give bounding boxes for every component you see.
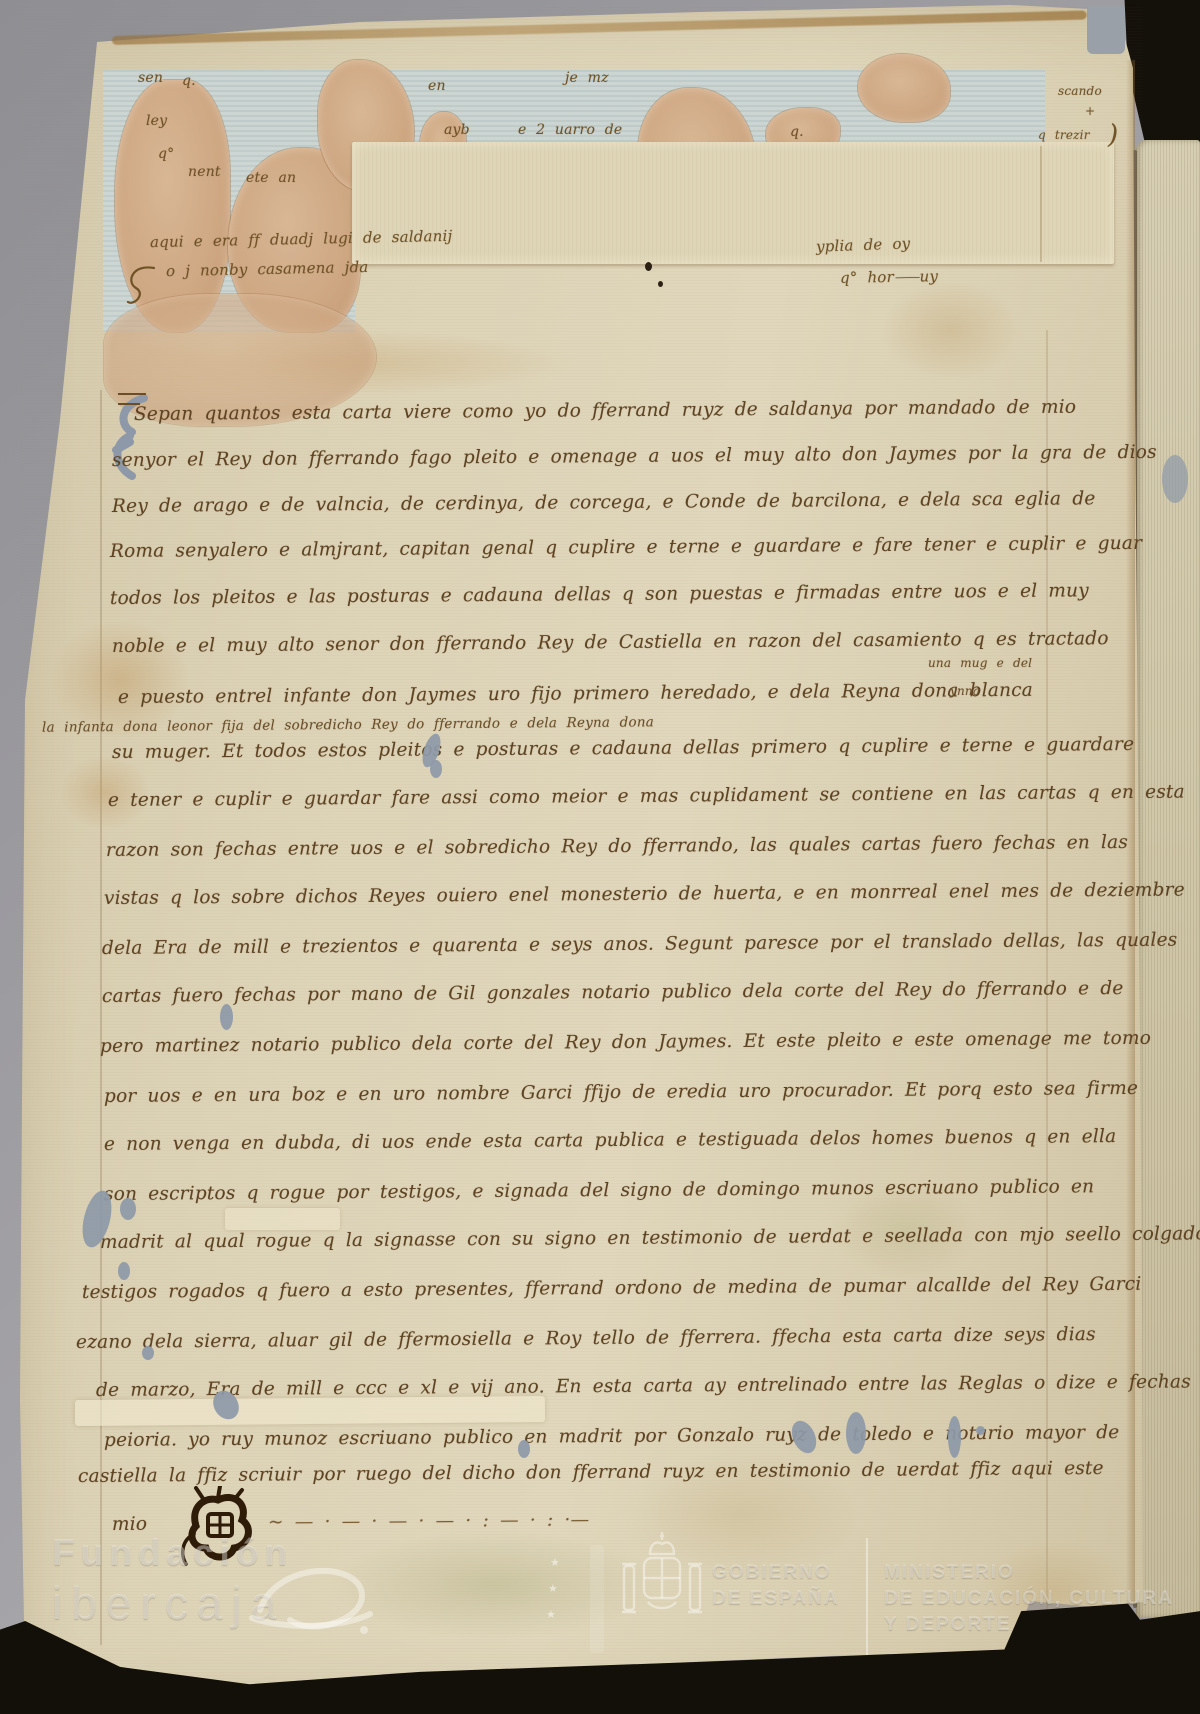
- archival-note: q° hor⸺uy: [840, 265, 938, 288]
- fragment-text: e 2 uarro de: [518, 122, 622, 138]
- repair-tape: [225, 1208, 340, 1230]
- document-left-edge: [100, 390, 102, 1645]
- fragment-text: scando: [1058, 84, 1102, 98]
- photograph-of-manuscript: sen q. ley q° nent ete an en je mz ayb e…: [0, 0, 1200, 1714]
- gobierno-line1: GOBIERNO: [712, 1560, 839, 1586]
- sign-line-filler: ~ — · — · — · — · : — · : ·—: [268, 1509, 589, 1533]
- note-flourish: [124, 262, 164, 308]
- watermark-bar: [590, 1545, 604, 1653]
- gobierno-line2: DE ESPAÑA: [712, 1586, 839, 1612]
- fragment-text: q°: [158, 146, 174, 162]
- fragment-text: +: [1085, 104, 1095, 118]
- patch-seam: [1040, 146, 1042, 262]
- margin-note: una mug e del: [928, 656, 1032, 670]
- fragment-text: ley: [146, 113, 167, 129]
- fragment-text: q.: [790, 124, 804, 140]
- top-notch: [1087, 6, 1125, 54]
- retouch-blob: [976, 1426, 985, 1435]
- watermark-star: ★: [548, 1582, 558, 1595]
- fragment-text: nent: [188, 164, 221, 180]
- ink-dot: [645, 262, 652, 271]
- archival-note: yplia de oy: [816, 234, 911, 255]
- retouch-blob: [846, 1412, 866, 1454]
- margin-note: ynna: [950, 684, 980, 698]
- fragment-text: ayb: [444, 122, 470, 138]
- retouch-blob: [518, 1440, 530, 1458]
- fragment-text: ): [1108, 120, 1118, 150]
- retouch-blob: [1162, 455, 1188, 503]
- watermark-star: ★: [546, 1608, 556, 1621]
- retouch-blob: [430, 760, 442, 778]
- gobierno-watermark: GOBIERNO DE ESPAÑA: [712, 1560, 839, 1612]
- stain: [880, 280, 1020, 380]
- repair-patch: [352, 142, 1114, 264]
- fragment-text: en: [428, 78, 446, 94]
- retouch-blob: [220, 1004, 233, 1030]
- fragment-text: q.: [182, 73, 196, 89]
- torn-fragment: [858, 54, 950, 122]
- watermark-star: ★: [550, 1556, 560, 1569]
- retouch-blob: [142, 1346, 154, 1360]
- ministerio-line1: MINISTERIO: [884, 1560, 1174, 1586]
- stain: [330, 1530, 660, 1640]
- retouch-blob: [120, 1198, 136, 1220]
- fragment-text: sen: [138, 70, 163, 86]
- ibercaja-logo-swirl: [246, 1552, 376, 1648]
- retouch-blob: [948, 1416, 961, 1458]
- retouch-blob: [118, 1262, 130, 1280]
- spain-coat-of-arms: [612, 1528, 712, 1646]
- fragment-text: ete an: [246, 170, 296, 186]
- ink-dot: [658, 281, 663, 287]
- fragment-text: q trezir: [1038, 128, 1090, 142]
- fragment-text: je mz: [565, 70, 609, 86]
- watermark-divider: [866, 1538, 868, 1660]
